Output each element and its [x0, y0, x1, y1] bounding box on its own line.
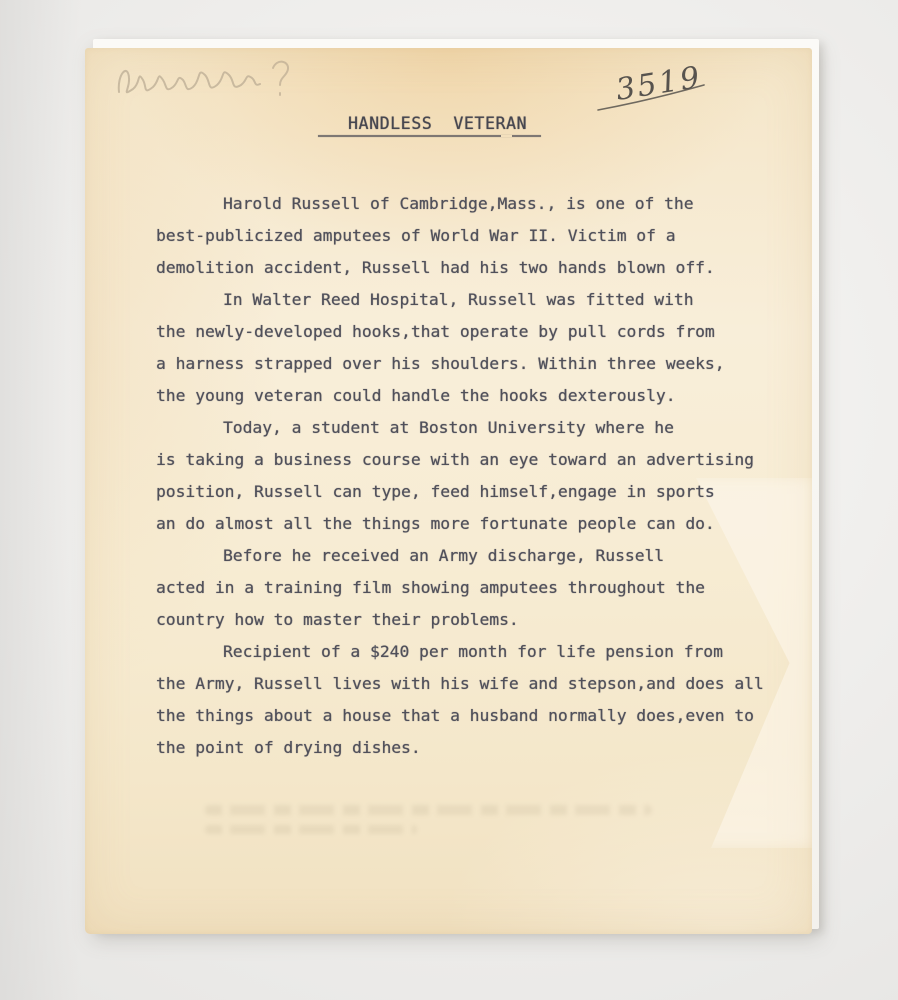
- typewritten-line: is taking a business course with an eye …: [156, 444, 764, 476]
- title-underline: [318, 135, 541, 137]
- typewritten-line: country how to master their problems.: [156, 604, 764, 636]
- handwritten-pencil-note-icon: [113, 54, 308, 106]
- typewritten-page: 3519 HANDLESS VETERAN Harold Russell of …: [85, 48, 812, 934]
- document-body: Harold Russell of Cambridge,Mass., is on…: [156, 188, 764, 764]
- typewritten-line: Before he received an Army discharge, Ru…: [156, 540, 764, 572]
- faded-ghost-text-line-2: [205, 825, 417, 834]
- typewritten-line: a harness strapped over his shoulders. W…: [156, 348, 764, 380]
- typewritten-line: Recipient of a $240 per month for life p…: [156, 636, 764, 668]
- handwritten-catalog-number: 3519: [590, 56, 725, 140]
- scribble-question-mark: [273, 62, 288, 95]
- typewritten-line: best-publicized amputees of World War II…: [156, 220, 764, 252]
- typewritten-line: acted in a training film showing amputee…: [156, 572, 764, 604]
- typewritten-line: In Walter Reed Hospital, Russell was fit…: [156, 284, 764, 316]
- typewritten-line: the things about a house that a husband …: [156, 700, 764, 732]
- typewritten-line: position, Russell can type, feed himself…: [156, 476, 764, 508]
- typewritten-line: the point of drying dishes.: [156, 732, 764, 764]
- typewritten-line: the young veteran could handle the hooks…: [156, 380, 764, 412]
- typewritten-line: an do almost all the things more fortuna…: [156, 508, 764, 540]
- catalog-number-text: 3519: [614, 60, 705, 108]
- faded-ghost-text-line-1: [205, 805, 652, 815]
- typewritten-line: demolition accident, Russell had his two…: [156, 252, 764, 284]
- typewritten-line: Today, a student at Boston University wh…: [156, 412, 764, 444]
- typewritten-line: the Army, Russell lives with his wife an…: [156, 668, 764, 700]
- scribble-stroke: [119, 71, 260, 92]
- typewritten-line: Harold Russell of Cambridge,Mass., is on…: [156, 188, 764, 220]
- photograph: 3519 HANDLESS VETERAN Harold Russell of …: [0, 0, 898, 1000]
- document-title: HANDLESS VETERAN: [348, 114, 527, 134]
- typewritten-line: the newly-developed hooks,that operate b…: [156, 316, 764, 348]
